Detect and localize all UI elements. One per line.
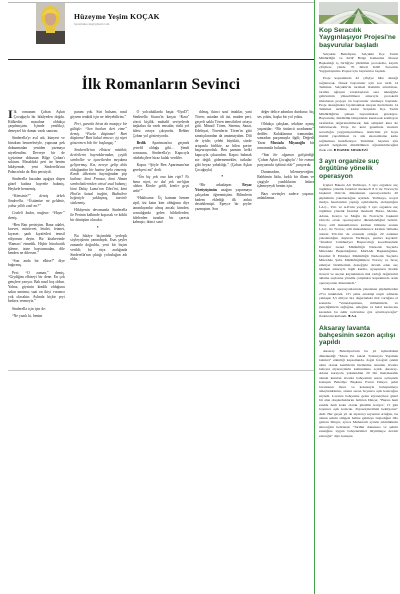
main-article-area: Hüzeyme Yeşim KOÇAK hyesimkocak@gmail.co… xyxy=(8,0,314,594)
paragraph: Kapıcı “Şöyle Ben Apartmanı'nın gerekçes… xyxy=(133,163,190,173)
paragraph: “Yazı bir olgunun geliştirdiği ‘Çoban Aş… xyxy=(257,153,314,167)
paragraph: Proje kapsamında 42 çiftçiye hibe desteğ… xyxy=(319,76,398,152)
paragraph: dılmış, ikinci sınıf imalılar, yani Töre… xyxy=(195,110,252,172)
paragraph: Sinderella'nın elbisesi mistikti; devlet… xyxy=(70,148,127,206)
paragraph: * xyxy=(195,175,252,180)
paragraph: Oldukça çalışkan, tekdüze açmış yaşantıl… xyxy=(257,122,314,151)
rail-body-2: İçişleri Bakanı Ali Yerlikaya, 3 ayrı or… xyxy=(319,183,398,319)
article-bottom-divider xyxy=(8,370,314,371)
article-column-5: değer delice adımları durdurur; hiç ses … xyxy=(257,110,314,367)
paragraph: “Kimsiniz?” demiş ürkek Sinderella. “Üst… xyxy=(8,194,65,208)
news-rail: Kop Seracılık Yaygınlaşıyor Projesi'ne b… xyxy=(314,0,400,594)
rail-article-operation: 3 ayrı organize suç örgütüne yönelik ope… xyxy=(319,158,398,319)
paragraph: Bu hikâye biçimdeki yerleşik söyleyişler… xyxy=(70,234,127,263)
paragraph: “Üm hiç yok ona kim rişti? Ne hana niyet… xyxy=(133,175,190,194)
rail-body-1: Selçuklu Belediyesi, Selçuklu İlçe Tarım… xyxy=(319,52,398,152)
paragraph: param yok. Sizi bulsam, nasıl giysem ten… xyxy=(70,110,127,120)
newspaper-page: Hüzeyme Yeşim KOÇAK hyesimkocak@gmail.co… xyxy=(0,0,400,594)
author-header: Hüzeyme Yeşim KOÇAK hyesimkocak@gmail.co… xyxy=(8,3,314,56)
paragraph: Aksaray Belediyesi'nin bu yıl üçüncüsünü… xyxy=(319,349,398,438)
paragraph: “Ne yazık ki, benim xyxy=(8,314,65,319)
paragraph: O yolculuklarda başta “İlyoD”, Sinderell… xyxy=(133,110,190,139)
article-columns: İlk romanım Çoban Aşkın Çocuğuyla bir hi… xyxy=(8,110,314,367)
paragraph: İçişleri Bakanı Ali Yerlikaya, 3 ayrı or… xyxy=(319,183,398,285)
rail-headline-1: Kop Seracılık Yaygınlaşıyor Projesi'ne b… xyxy=(319,27,398,49)
header-divider xyxy=(8,59,314,60)
author-portrait xyxy=(36,3,65,44)
paragraph: Sinderella'yı asıl adı, künyesi ve birta… xyxy=(8,136,65,174)
paragraph: Bedik Apartmanı'na geçmek çetrefil olduğ… xyxy=(133,141,190,160)
article-column-1: İlk romanım Çoban Aşkın Çocuğuyla bir hi… xyxy=(8,110,65,367)
author-email: hyesimkocak@gmail.com xyxy=(74,22,160,26)
paragraph: İlk romanım Çoban Aşkın Çocuğuyla bir hi… xyxy=(8,110,65,134)
article-column-4: dılmış, ikinci sınıf imalılar, yani Töre… xyxy=(195,110,252,367)
paragraph: Bazı sevinçler sadece yaşanır; anlatılam… xyxy=(257,192,314,202)
paragraph: Duramadım, bilemeyeceğim; Rabbimin lütfu… xyxy=(257,170,314,189)
paragraph: Sinderella için için de: xyxy=(8,307,65,312)
greenhouse-photo xyxy=(319,2,398,24)
rail-article-lavender: Aksaray lavanta bahçesinin sezon açılışı… xyxy=(319,325,398,439)
paragraph: “Haklısınız: Üç katman hemen sipil, üst … xyxy=(133,196,190,225)
paragraph: Hikâyenin devamında Sinderella ile Perin… xyxy=(70,208,127,222)
paragraph: Selçuklu Belediyesi, Selçuklu İlçe Tarım… xyxy=(319,52,398,74)
paragraph: Peri, gururla biraz da muzipçe bir gülüş… xyxy=(70,122,127,146)
paragraph: SOKAK operasyonlarında yakalanan şüpheli… xyxy=(319,287,398,318)
paragraph: * xyxy=(70,226,127,231)
rail-headline-2: 3 ayrı organize suç örgütüne yönelik ope… xyxy=(319,158,398,180)
rail-headline-3: Aksaray lavanta bahçesinin sezon açılışı… xyxy=(319,325,398,347)
article-title: İlk Romanların Sevinci xyxy=(8,76,314,94)
paragraph: Peri: “O zaman,” demiş. “Giydiğim elbise… xyxy=(8,271,65,305)
paragraph: Sinderella bacadan aşağıya düşen güzel k… xyxy=(8,177,65,191)
rail-article-greenhouse: Kop Seracılık Yaygınlaşıyor Projesi'ne b… xyxy=(319,2,398,152)
paragraph: “Bir arkadaşım Beyaz Yürüyüşünün uzağını… xyxy=(195,183,252,212)
article-column-3: O yolculuklarda başta “İlyoD”, Sinderell… xyxy=(133,110,190,367)
author-portrait-image xyxy=(36,3,65,44)
author-name: Hüzeyme Yeşim KOÇAK xyxy=(74,12,160,21)
paragraph: “Ben Batı perisiyim. Bana adalet, kuvvet… xyxy=(8,223,65,257)
paragraph: değer delice adımları durdurur; hiç ses … xyxy=(257,110,314,120)
article-column-2: param yok. Sizi bulsam, nasıl giysem ten… xyxy=(70,110,127,367)
rail-body-3: Aksaray Belediyesi'nin bu yıl üçüncüsünü… xyxy=(319,349,398,438)
paragraph: Cezbeli kadın, mağrur: “Hayır” demiş. xyxy=(8,211,65,221)
author-info: Hüzeyme Yeşim KOÇAK hyesimkocak@gmail.co… xyxy=(74,12,160,26)
paragraph: “Son anda bir elbise!” diye bağırmış. xyxy=(8,259,65,269)
